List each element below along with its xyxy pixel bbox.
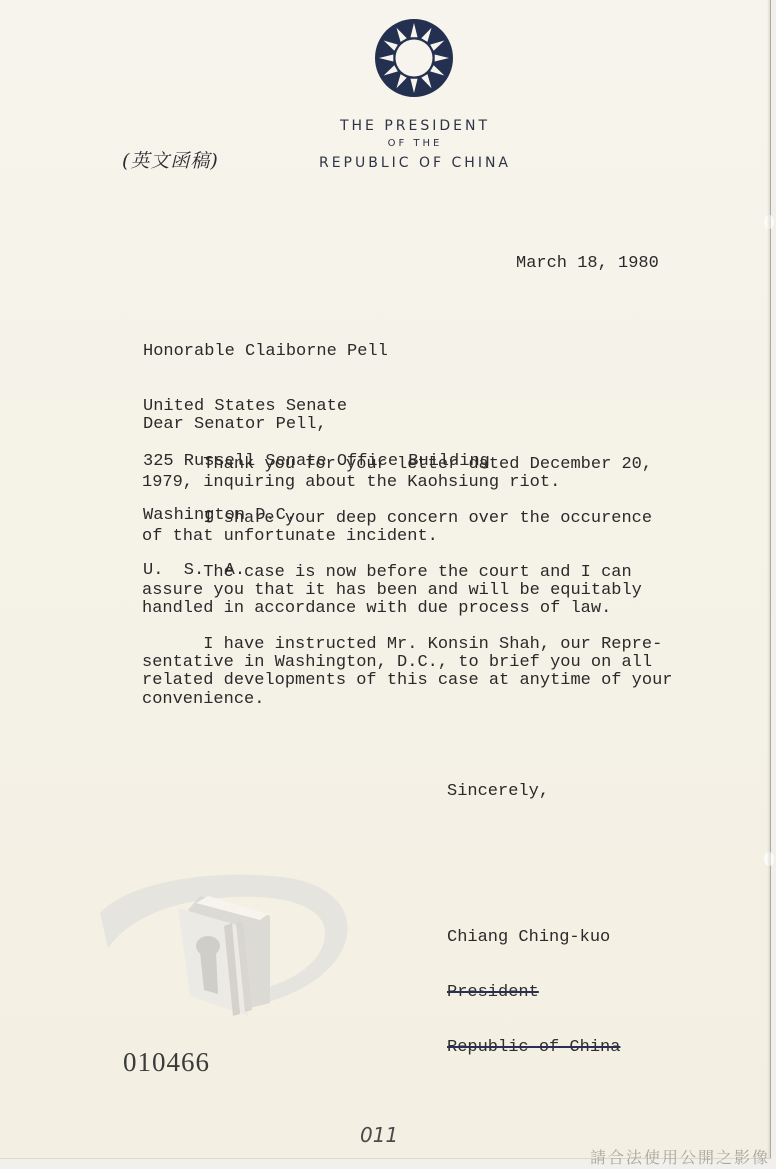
letter-date: March 18, 1980 bbox=[516, 255, 659, 273]
body-paragraph: The case is now before the court and I c… bbox=[142, 564, 642, 619]
signer-org-struck: Republic of China bbox=[447, 1039, 620, 1057]
archive-book-keyhole-watermark-icon bbox=[100, 868, 350, 1018]
punch-hole-notch bbox=[764, 852, 774, 866]
closing: Sincerely, bbox=[447, 783, 549, 801]
letterhead-of-the: OF THE bbox=[320, 138, 510, 149]
body-paragraph: Thank you for your letter dated December… bbox=[142, 456, 652, 492]
body-paragraph: I share your deep concern over the occur… bbox=[142, 510, 652, 546]
page-number-handwritten: 011 bbox=[360, 1123, 398, 1147]
letter-page: THE PRESIDENT OF THE REPUBLIC OF CHINA (… bbox=[0, 0, 771, 1159]
white-sun-emblem-icon bbox=[374, 18, 454, 98]
signer-name: Chiang Ching-kuo bbox=[447, 929, 620, 947]
usage-notice-stamp: 請合法使用公開之影像 bbox=[590, 1145, 770, 1168]
signer-title-struck: President bbox=[447, 984, 620, 1002]
body-paragraph: I have instructed Mr. Konsin Shah, our R… bbox=[142, 636, 673, 709]
signature-block: Chiang Ching-kuo President Republic of C… bbox=[447, 893, 620, 1093]
handwritten-annotation: (英文函稿) bbox=[122, 146, 219, 173]
address-line: United States Senate bbox=[143, 398, 490, 416]
letterhead-title: THE PRESIDENT bbox=[320, 118, 510, 134]
address-line: Honorable Claiborne Pell bbox=[143, 343, 490, 361]
letterhead-country: REPUBLIC OF CHINA bbox=[298, 155, 532, 171]
salutation: Dear Senator Pell, bbox=[143, 416, 327, 434]
punch-hole-notch bbox=[764, 215, 774, 229]
document-number: 010466 bbox=[123, 1047, 210, 1078]
